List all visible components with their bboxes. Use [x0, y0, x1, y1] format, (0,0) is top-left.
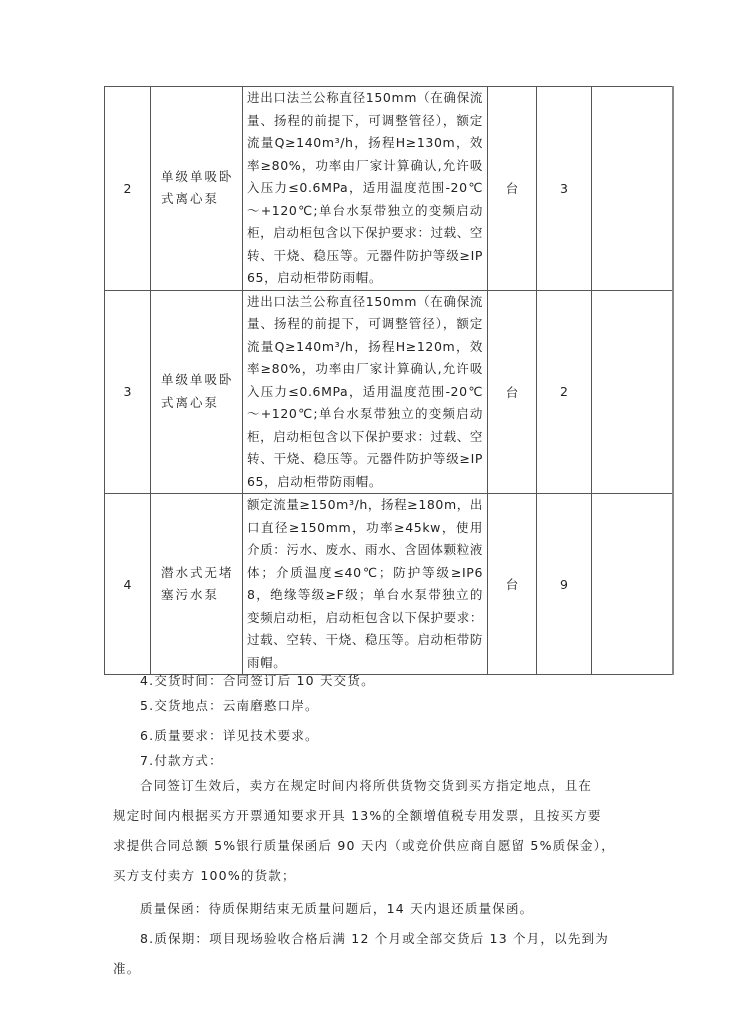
item-name-cell: 单级单吸卧式离心泵 — [151, 290, 243, 494]
item-unit: 台 — [488, 87, 537, 291]
item-number: 3 — [105, 290, 151, 494]
item-quantity: 3 — [537, 87, 592, 291]
item-description-cell: 进出口法兰公称直径150mm（在确保流量、扬程的前提下，可调整管径），额定流量Q… — [243, 290, 488, 494]
table-row: 4 潜水式无堵塞污水泵 额定流量≥150m³/h，扬程≥180m，出口直径≥15… — [105, 494, 674, 675]
item-number: 2 — [105, 87, 151, 291]
table-row: 3 单级单吸卧式离心泵 进出口法兰公称直径150mm（在确保流量、扬程的前提下，… — [105, 290, 674, 494]
delivery-place-clause: 5.交货地点：云南磨憨口岸。 — [140, 696, 319, 714]
item-description: 进出口法兰公称直径150mm（在确保流量、扬程的前提下，可调整管径），额定流量Q… — [243, 291, 487, 494]
item-name-cell: 潜水式无堵塞污水泵 — [151, 494, 243, 675]
item-name: 单级单吸卧式离心泵 — [151, 369, 242, 414]
item-description-cell: 进出口法兰公称直径150mm（在确保流量、扬程的前提下，可调整管径），额定流量Q… — [243, 87, 488, 291]
item-note — [592, 494, 674, 675]
item-description-cell: 额定流量≥150m³/h，扬程≥180m，出口直径≥150mm，功率≥45kw，… — [243, 494, 488, 675]
quality-guarantee-clause: 质量保函：待质保期结束无质量问题后，14 天内退还质量保函。 — [140, 899, 533, 917]
payment-method-heading: 7.付款方式： — [140, 751, 223, 769]
delivery-time-clause: 4.交货时间：合同签订后 10 天交货。 — [140, 671, 375, 689]
item-note — [592, 290, 674, 494]
table-row: 2 单级单吸卧式离心泵 进出口法兰公称直径150mm（在确保流量、扬程的前提下，… — [105, 87, 674, 291]
quality-requirement-clause: 6.质量要求：详见技术要求。 — [140, 726, 319, 744]
warranty-period-clause-continued: 准。 — [113, 959, 140, 977]
payment-text-line: 合同签订生效后，卖方在规定时间内将所供货物交货到买方指定地点，且在 — [140, 776, 592, 794]
item-name: 单级单吸卧式离心泵 — [151, 166, 242, 211]
payment-text-line: 规定时间内根据买方开票通知要求开具 13%的全额增值税专用发票，且按买方要 — [113, 806, 602, 824]
equipment-spec-table: 2 单级单吸卧式离心泵 进出口法兰公称直径150mm（在确保流量、扬程的前提下，… — [104, 86, 674, 675]
item-note — [592, 87, 674, 291]
item-unit: 台 — [488, 494, 537, 675]
payment-text-line: 买方支付卖方 100%的货款； — [113, 866, 296, 884]
item-quantity: 2 — [537, 290, 592, 494]
item-number: 4 — [105, 494, 151, 675]
item-name: 潜水式无堵塞污水泵 — [151, 562, 242, 607]
item-quantity: 9 — [537, 494, 592, 675]
warranty-period-clause: 8.质保期：项目现场验收合格后满 12 个月或全部交货后 13 个月，以先到为 — [140, 929, 609, 947]
item-name-cell: 单级单吸卧式离心泵 — [151, 87, 243, 291]
payment-text-line: 求提供合同总额 5%银行质量保函后 90 天内（或竞价供应商自愿留 5%质保金）… — [113, 836, 615, 854]
item-description: 进出口法兰公称直径150mm（在确保流量、扬程的前提下，可调整管径），额定流量Q… — [243, 87, 487, 290]
item-description: 额定流量≥150m³/h，扬程≥180m，出口直径≥150mm，功率≥45kw，… — [243, 494, 487, 674]
item-unit: 台 — [488, 290, 537, 494]
